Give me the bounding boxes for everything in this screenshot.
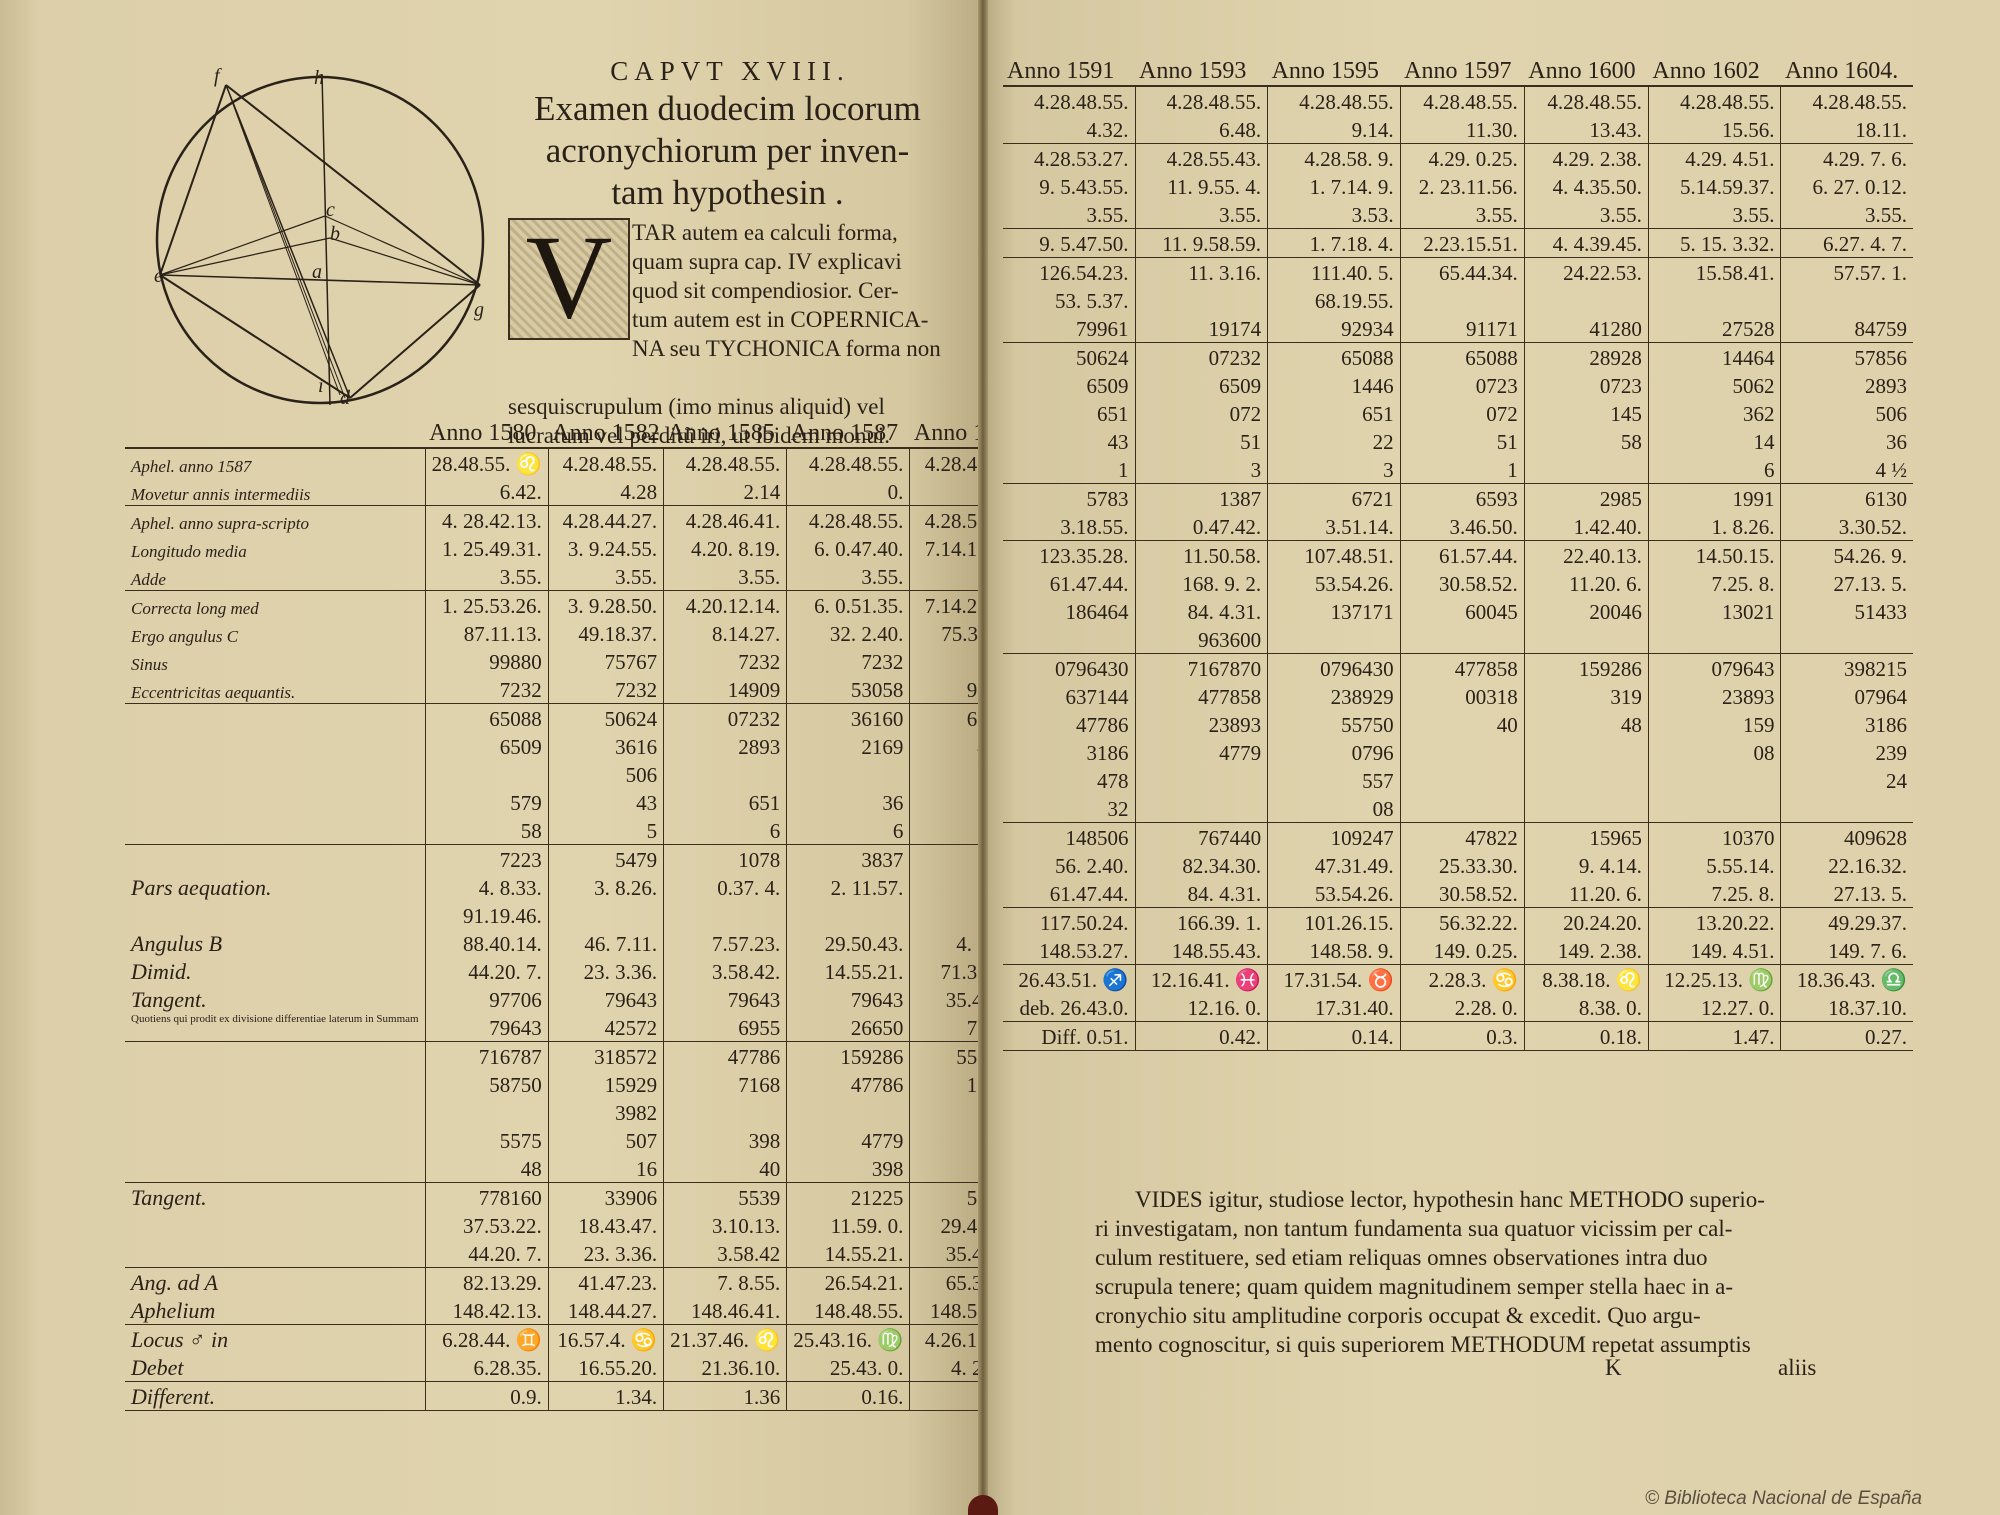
table-cell: 2169: [787, 732, 910, 760]
table-cell: 637144: [1003, 682, 1135, 710]
table-cell: 1991: [1648, 484, 1781, 513]
table-cell: [1135, 286, 1268, 314]
table-cell: 47786: [787, 1070, 910, 1098]
row-label: [125, 1042, 425, 1071]
table-row: Dimid.44.20. 7.23. 3.36.3.58.42.14.55.21…: [125, 957, 1025, 985]
table-cell: [1524, 286, 1648, 314]
table-cell: 6: [664, 816, 787, 845]
table-cell: 1.47.: [1648, 1022, 1781, 1051]
table-row: Angulus B88.40.14.46. 7.11.7.57.23.29.50…: [125, 929, 1025, 957]
table-cell: 56. 2.40.: [1003, 851, 1135, 879]
year-column-header: Anno 1593: [1135, 58, 1268, 86]
table-cell: 24: [1781, 766, 1913, 794]
table-cell: 148.44.27.: [548, 1296, 663, 1325]
table-cell: 579: [425, 788, 548, 816]
table-cell: 8.14.27.: [664, 619, 787, 647]
table-cell: 101.26.15.: [1268, 908, 1401, 937]
year-column-header: Anno 1600: [1524, 58, 1648, 86]
table-cell: 4.28.53.27.: [1003, 144, 1135, 173]
table-cell: 4.28.48.55.: [548, 448, 663, 477]
table-cell: 47786: [1003, 710, 1135, 738]
table-cell: Diff. 0.51.: [1003, 1022, 1135, 1051]
table-cell: 88.40.14.: [425, 929, 548, 957]
table-cell: 651: [1003, 399, 1135, 427]
table-cell: [1648, 794, 1781, 823]
table-cell: 30.58.52.: [1400, 569, 1524, 597]
table-cell: 58750: [425, 1070, 548, 1098]
table-row: 9. 5.43.55.11. 9.55. 4.1. 7.14. 9.2. 23.…: [1003, 172, 1913, 200]
table-cell: 159286: [787, 1042, 910, 1071]
table-cell: 79643: [787, 985, 910, 1013]
table-row: Eccentricitas aequantis.7232723214909530…: [125, 675, 1025, 704]
row-label: [125, 788, 425, 816]
table-cell: 17.31.54. ♉: [1268, 965, 1401, 994]
table-cell: 3.55.: [1781, 200, 1913, 229]
table-cell: 44.20. 7.: [425, 957, 548, 985]
table-cell: 50624: [1003, 343, 1135, 372]
table-cell: 0.14.: [1268, 1022, 1401, 1051]
table-cell: 4.28.48.55.: [1648, 86, 1781, 115]
table-cell: 4.29. 7. 6.: [1781, 144, 1913, 173]
table-cell: [664, 1098, 787, 1126]
table-cell: 41280: [1524, 314, 1648, 343]
table-cell: 4.29. 0.25.: [1400, 144, 1524, 173]
row-label: Ang. ad A: [125, 1268, 425, 1297]
table-cell: 58: [425, 816, 548, 845]
diagram-label-a: a: [312, 261, 322, 283]
table-cell: 11. 9.55. 4.: [1135, 172, 1268, 200]
table-cell: 55750: [1268, 710, 1401, 738]
table-cell: [1648, 286, 1781, 314]
table-cell: 23. 3.36.: [548, 1239, 663, 1268]
table-cell: 25.43.16. ♍: [787, 1325, 910, 1354]
table-cell: 57.57. 1.: [1781, 258, 1913, 287]
row-label: Different.: [125, 1382, 425, 1411]
table-cell: 49.29.37.: [1781, 908, 1913, 937]
text-line: sesquiscrupulum (imo minus aliquid) vel: [508, 392, 942, 421]
table-cell: [1135, 794, 1268, 823]
table-cell: 32: [1003, 794, 1135, 823]
table-cell: 18.37.10.: [1781, 993, 1913, 1022]
table-cell: 4.29. 4.51.: [1648, 144, 1781, 173]
table-cell: 18.11.: [1781, 115, 1913, 144]
table-cell: 7223: [425, 845, 548, 874]
left-page: f h c b a g i d e CAPVT XVIII. Examen du…: [0, 0, 985, 1515]
table-cell: 79961: [1003, 314, 1135, 343]
chapter-heading: CAPVT XVIII.: [520, 56, 940, 87]
table-cell: 3186: [1781, 710, 1913, 738]
table-cell: 54.26. 9.: [1781, 541, 1913, 570]
table-cell: 12.25.13. ♍: [1648, 965, 1781, 994]
table-cell: 148.53.27.: [1003, 936, 1135, 965]
table-cell: 79643: [664, 985, 787, 1013]
table-row: 148506767440109247478221596510370409628: [1003, 823, 1913, 852]
table-cell: 3.55.: [548, 562, 663, 591]
table-cell: 5575: [425, 1126, 548, 1154]
row-label: Debet: [125, 1353, 425, 1382]
table-cell: 4.28.48.55.: [1003, 86, 1135, 115]
table-cell: 6.28.44. ♊: [425, 1325, 548, 1354]
table-row: Tangent.7781603390655392122557349: [125, 1183, 1025, 1212]
table-row: Aphelium148.42.13.148.44.27.148.46.41.14…: [125, 1296, 1025, 1325]
table-row: 637144477858238929003183192389307964: [1003, 682, 1913, 710]
table-cell: 26.54.21.: [787, 1268, 910, 1297]
table-cell: 84. 4.31.: [1135, 597, 1268, 625]
table-cell: 07964: [1781, 682, 1913, 710]
table-cell: 0796430: [1268, 654, 1401, 683]
table-row: 6509650914460723072350622893: [1003, 371, 1913, 399]
table-cell: 11.20. 6.: [1524, 569, 1648, 597]
table-cell: 1387: [1135, 484, 1268, 513]
table-cell: 6.48.: [1135, 115, 1268, 144]
table-cell: 36: [787, 788, 910, 816]
table-cell: 1. 25.49.31.: [425, 534, 548, 562]
table-cell: 5479: [548, 845, 663, 874]
text-line: quod sit compendiosior. Cer-: [632, 276, 942, 305]
table-cell: 3. 8.26.: [548, 873, 663, 901]
table-cell: 26650: [787, 1013, 910, 1042]
table-cell: 6. 27. 0.12.: [1781, 172, 1913, 200]
table-cell: [1135, 766, 1268, 794]
table-cell: 23893: [1135, 710, 1268, 738]
table-row: Sinus998807576772327232: [125, 647, 1025, 675]
table-cell: [1781, 625, 1913, 654]
table-cell: 37.53.22.: [425, 1211, 548, 1239]
table-cell: 21225: [787, 1183, 910, 1212]
table-cell: 32. 2.40.: [787, 619, 910, 647]
table-cell: 0.18.: [1524, 1022, 1648, 1051]
row-label: Locus ♂ in: [125, 1325, 425, 1354]
table-row: Quotiens qui prodit ex divisione differe…: [125, 1013, 1025, 1042]
table-cell: 963600: [1135, 625, 1268, 654]
table-cell: 0.9.: [425, 1382, 548, 1411]
table-cell: 25.43. 0.: [787, 1353, 910, 1382]
row-label: [125, 1211, 425, 1239]
table-row: 587501592971684778615929: [125, 1070, 1025, 1098]
table-cell: 1: [1003, 455, 1135, 484]
table-cell: 4779: [1135, 738, 1268, 766]
table-cell: 6: [787, 816, 910, 845]
table-cell: 2. 23.11.56.: [1400, 172, 1524, 200]
table-row: 61.47.44.84. 4.31.53.54.26.30.58.52.11.2…: [1003, 879, 1913, 908]
table-cell: 7.57.23.: [664, 929, 787, 957]
table-cell: [787, 760, 910, 788]
table-cell: [425, 760, 548, 788]
table-cell: 6. 0.47.40.: [787, 534, 910, 562]
table-cell: 25.33.30.: [1400, 851, 1524, 879]
table-row: 91.19.46.7002: [125, 901, 1025, 929]
table-cell: [787, 1098, 910, 1126]
row-label: [125, 816, 425, 845]
table-cell: 14464: [1648, 343, 1781, 372]
table-cell: 11.30.: [1400, 115, 1524, 144]
table-row: 126.54.23.11. 3.16.111.40. 5.65.44.34.24…: [1003, 258, 1913, 287]
table-cell: 651: [664, 788, 787, 816]
row-label: Dimid.: [125, 957, 425, 985]
table-cell: 4.28.58. 9.: [1268, 144, 1401, 173]
table-cell: 61.57.44.: [1400, 541, 1524, 570]
table-cell: 117.50.24.: [1003, 908, 1135, 937]
table-row: 117.50.24.166.39. 1.101.26.15.56.32.22.2…: [1003, 908, 1913, 937]
text-line: scrupula tenere; quam quidem magnitudine…: [1095, 1272, 1825, 1301]
table-cell: 14.55.21.: [787, 957, 910, 985]
table-cell: 0.: [787, 477, 910, 506]
closing-paragraph: VIDES igitur, studiose lector, hypothesi…: [1095, 1185, 1825, 1359]
text-line: cronychio situ amplitudine corporis occu…: [1095, 1301, 1825, 1330]
table-cell: 11. 3.16.: [1135, 258, 1268, 287]
table-cell: 3.55.: [1648, 200, 1781, 229]
table-cell: 1.36: [664, 1382, 787, 1411]
table-cell: 398: [787, 1154, 910, 1183]
table-cell: [787, 901, 910, 929]
table-cell: 4.28.48.55.: [1781, 86, 1913, 115]
year-column-header: Anno 1582: [548, 420, 663, 448]
table-cell: 4.32.: [1003, 115, 1135, 144]
book-gutter: [978, 0, 988, 1515]
table-cell: 2.14: [664, 477, 787, 506]
table-row: Locus ♂ in6.28.44. ♊16.57.4. ♋21.37.46. …: [125, 1325, 1025, 1354]
title-line: tam hypothesin .: [505, 172, 950, 214]
table-cell: 43: [548, 788, 663, 816]
row-label: [125, 704, 425, 733]
chapter-title: Examen duodecim locorum acronychiorum pe…: [505, 88, 950, 214]
table-cell: 65088: [1400, 343, 1524, 372]
diagram-label-f: f: [214, 65, 222, 87]
table-cell: [1524, 766, 1648, 794]
table-cell: 79643: [548, 985, 663, 1013]
table-row: Different.0.9.1.34.1.360.16.2.12.: [125, 1382, 1025, 1411]
table-cell: 36160: [787, 704, 910, 733]
table-cell: 123.35.28.: [1003, 541, 1135, 570]
table-cell: 6130: [1781, 484, 1913, 513]
table-cell: 27.13. 5.: [1781, 879, 1913, 908]
label-column-header: [125, 420, 425, 448]
table-cell: 7232: [664, 647, 787, 675]
table-cell: 477858: [1135, 682, 1268, 710]
table-cell: 27528: [1648, 314, 1781, 343]
table-cell: 409628: [1781, 823, 1913, 852]
table-cell: 4779: [787, 1126, 910, 1154]
row-label: Aphel. anno supra-scripto: [125, 506, 425, 535]
year-column-header: Anno 1604.: [1781, 58, 1913, 86]
table-cell: 16.55.20.: [548, 1353, 663, 1382]
table-cell: 6.42.: [425, 477, 548, 506]
table-cell: [1648, 766, 1781, 794]
table-cell: [1781, 794, 1913, 823]
title-line: acronychiorum per inven-: [505, 130, 950, 172]
table-cell: 3616: [548, 732, 663, 760]
table-cell: 6. 0.51.35.: [787, 591, 910, 620]
table-row: 43512251581436: [1003, 427, 1913, 455]
table-cell: [1524, 738, 1648, 766]
table-cell: 557: [1268, 766, 1401, 794]
table-cell: 84. 4.31.: [1135, 879, 1268, 908]
table-cell: 477858: [1400, 654, 1524, 683]
table-cell: 3.55.: [787, 562, 910, 591]
table-row: Movetur annis intermediis6.42.4.282.140.…: [125, 477, 1025, 506]
row-label: Aphelium: [125, 1296, 425, 1325]
table-cell: 0.37. 4.: [664, 873, 787, 901]
table-cell: 20046: [1524, 597, 1648, 625]
table-cell: 58: [1524, 427, 1648, 455]
row-label: Sinus: [125, 647, 425, 675]
right-calculation-table: Anno 1591Anno 1593Anno 1595Anno 1597Anno…: [1003, 58, 1913, 1051]
table-cell: 26.43.51. ♐: [1003, 965, 1135, 994]
table-row: 5783138767216593298519916130: [1003, 484, 1913, 513]
table-row: Aphel. anno 158728.48.55. ♌4.28.48.55.4.…: [125, 448, 1025, 477]
table-cell: 6.28.35.: [425, 1353, 548, 1382]
table-cell: 33906: [548, 1183, 663, 1212]
table-cell: 1.42.40.: [1524, 512, 1648, 541]
table-cell: 651: [1268, 399, 1401, 427]
table-cell: 7167870: [1135, 654, 1268, 683]
table-cell: 00318: [1400, 682, 1524, 710]
text-line: culum restituere, sed etiam reliquas omn…: [1095, 1243, 1825, 1272]
table-cell: 14909: [664, 675, 787, 704]
row-label: [125, 1098, 425, 1126]
left-calculation-table: Anno 1580Anno 1582Anno 1585Anno 1587Anno…: [125, 420, 940, 1411]
row-label: [125, 1239, 425, 1268]
table-cell: 6509: [1135, 371, 1268, 399]
table-cell: 30.58.52.: [1400, 879, 1524, 908]
table-row: Correcta long med1. 25.53.26.3. 9.28.50.…: [125, 591, 1025, 620]
row-label: Ergo angulus C: [125, 619, 425, 647]
table-row: 481640398: [125, 1154, 1025, 1183]
table-row: 4.28.53.27.4.28.55.43.4.28.58. 9.4.29. 0…: [1003, 144, 1913, 173]
table-cell: 15.56.: [1648, 115, 1781, 144]
table-cell: 149. 7. 6.: [1781, 936, 1913, 965]
table-cell: 15.58.41.: [1648, 258, 1781, 287]
table-cell: 21.37.46. ♌: [664, 1325, 787, 1354]
table-cell: 61.47.44.: [1003, 569, 1135, 597]
table-cell: 1: [1400, 455, 1524, 484]
table-cell: 3.53.: [1268, 200, 1401, 229]
intro-text: TAR autem ea calculi forma, quam supra c…: [632, 218, 942, 363]
table-cell: 65088: [425, 704, 548, 733]
table-cell: 398215: [1781, 654, 1913, 683]
table-row: 56. 2.40.82.34.30.47.31.49.25.33.30.9. 4…: [1003, 851, 1913, 879]
table-row: 3208: [1003, 794, 1913, 823]
table-cell: [1781, 286, 1913, 314]
library-credit: © Biblioteca Nacional de España: [1645, 1488, 1922, 1510]
table-cell: 318572: [548, 1042, 663, 1071]
table-cell: 111.40. 5.: [1268, 258, 1401, 287]
table-row: Aphel. anno supra-scripto4. 28.42.13.4.2…: [125, 506, 1025, 535]
table-cell: [1524, 625, 1648, 654]
table-cell: 149. 4.51.: [1648, 936, 1781, 965]
row-label: Correcta long med: [125, 591, 425, 620]
table-cell: 9. 5.47.50.: [1003, 229, 1135, 258]
table-cell: 2.28. 0.: [1400, 993, 1524, 1022]
table-row: 3.55.3.55.3.53.3.55.3.55.3.55.3.55.: [1003, 200, 1913, 229]
table-cell: 1. 7.14. 9.: [1268, 172, 1401, 200]
row-label: Movetur annis intermediis: [125, 477, 425, 506]
table-cell: 0723: [1400, 371, 1524, 399]
table-cell: 40: [664, 1154, 787, 1183]
table-cell: 1.34.: [548, 1382, 663, 1411]
table-cell: 506: [1781, 399, 1913, 427]
table-cell: [1400, 738, 1524, 766]
table-cell: 148.48.55.: [787, 1296, 910, 1325]
table-cell: 0.27.: [1781, 1022, 1913, 1051]
table-cell: 68.19.55.: [1268, 286, 1401, 314]
table-cell: 14.55.21.: [787, 1239, 910, 1268]
right-page: Anno 1591Anno 1593Anno 1595Anno 1597Anno…: [985, 0, 2000, 1515]
title-line: Examen duodecim locorum: [505, 88, 950, 130]
table-row: 26.43.51. ♐12.16.41. ♓17.31.54. ♉2.28.3.…: [1003, 965, 1913, 994]
table-row: 31864779079608239: [1003, 738, 1913, 766]
table-cell: 18.36.43. ♎: [1781, 965, 1913, 994]
table-cell: 159286: [1524, 654, 1648, 683]
table-cell: 7.25. 8.: [1648, 879, 1781, 908]
table-cell: 145: [1524, 399, 1648, 427]
table-cell: 1446: [1268, 371, 1401, 399]
table-cell: 767440: [1135, 823, 1268, 852]
table-cell: 3.58.42: [664, 1239, 787, 1268]
table-cell: 3.30.52.: [1781, 512, 1913, 541]
table-cell: [1400, 766, 1524, 794]
table-cell: 4.28.48.55.: [787, 448, 910, 477]
table-row: 3.18.55.0.47.42.3.51.14.3.46.50.1.42.40.…: [1003, 512, 1913, 541]
table-cell: 51: [1135, 427, 1268, 455]
table-cell: 079643: [1648, 654, 1781, 683]
table-cell: 56.32.22.: [1400, 908, 1524, 937]
diagram-label-i: i: [318, 375, 324, 397]
table-row: 4.32.6.48.9.14.11.30.13.43.15.56.18.11.: [1003, 115, 1913, 144]
table-cell: 07232: [664, 704, 787, 733]
table-cell: 57856: [1781, 343, 1913, 372]
table-cell: 159: [1648, 710, 1781, 738]
table-cell: 3.55.: [1524, 200, 1648, 229]
table-cell: [1268, 625, 1401, 654]
year-column-header: Anno 1580: [425, 420, 548, 448]
row-label: [125, 760, 425, 788]
text-line: ri investigatam, non tantum fundamenta s…: [1095, 1214, 1825, 1243]
table-cell: 3.51.14.: [1268, 512, 1401, 541]
table-cell: 3. 9.24.55.: [548, 534, 663, 562]
table-cell: 186464: [1003, 597, 1135, 625]
row-label: Tangent.: [125, 985, 425, 1013]
table-cell: 3: [1268, 455, 1401, 484]
table-cell: 13.20.22.: [1648, 908, 1781, 937]
table-cell: 3.55.: [425, 562, 548, 591]
table-cell: [1648, 625, 1781, 654]
table-cell: 107.48.51.: [1268, 541, 1401, 570]
table-cell: [1400, 286, 1524, 314]
table-row: 6508850624072323616065088: [125, 704, 1025, 733]
table-cell: 4.28: [548, 477, 663, 506]
table-cell: 506: [548, 760, 663, 788]
row-label: [125, 1070, 425, 1098]
table-cell: 5.14.59.37.: [1648, 172, 1781, 200]
diagram-label-c: c: [326, 199, 335, 221]
table-cell: 51433: [1781, 597, 1913, 625]
row-label: Angulus B: [125, 929, 425, 957]
table-cell: 9. 4.14.: [1524, 851, 1648, 879]
text-line: mento cognoscitur, si quis superiorem ME…: [1095, 1330, 1825, 1359]
table-cell: 91.19.46.: [425, 901, 548, 929]
diagram-label-d: d: [340, 387, 351, 405]
table-cell: 072: [1400, 399, 1524, 427]
table-cell: 4.20. 8.19.: [664, 534, 787, 562]
table-cell: 61.47.44.: [1003, 879, 1135, 908]
table-cell: 3982: [548, 1098, 663, 1126]
table-cell: 3.55.: [1135, 200, 1268, 229]
table-cell: 24.22.53.: [1524, 258, 1648, 287]
table-cell: 4. 8.33.: [425, 873, 548, 901]
table-cell: 4.29. 2.38.: [1524, 144, 1648, 173]
table-cell: 3.10.13.: [664, 1211, 787, 1239]
